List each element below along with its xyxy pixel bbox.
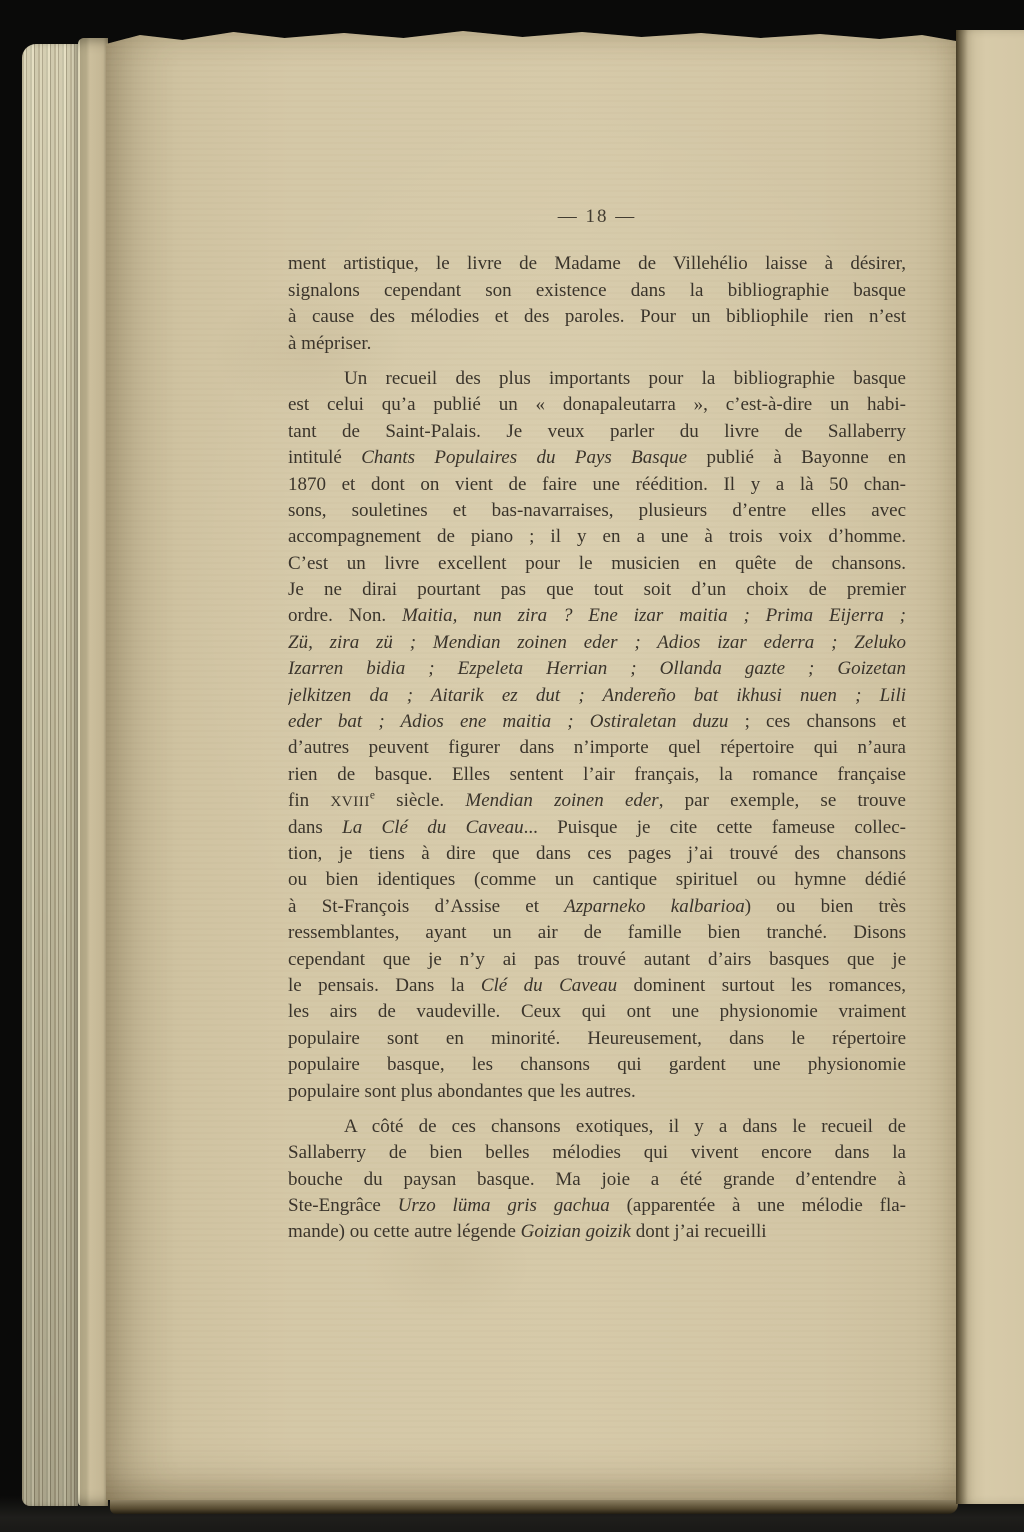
text-line: Zü, zira zü ; Mendian zoinen eder ; Adio… <box>288 630 906 656</box>
text-segment: ordre. Non. <box>288 605 402 626</box>
book-scan: { "scan": { "page_number": "— 18 —", "pa… <box>0 0 1024 1532</box>
text-segment: Sallaberry de bien belles mélodies qui v… <box>288 1142 906 1163</box>
text-segment: ; ces chansons et <box>728 711 906 732</box>
text-line: ressemblantes, ayant un air de famille b… <box>288 920 906 946</box>
text-segment: populaire sont en minorité. Heureusement… <box>288 1028 906 1049</box>
text-segment: tion, je tiens à dire que dans ces pages… <box>288 843 906 864</box>
paragraph: A côté de ces chansons exotiques, il y a… <box>288 1114 906 1246</box>
text-segment: XVIII <box>330 793 370 810</box>
text-line: les airs de vaudeville. Ceux qui ont une… <box>288 999 906 1025</box>
text-segment: dans <box>288 817 342 838</box>
text-line: populaire basque, les chansons qui garde… <box>288 1052 906 1078</box>
text-line: eder bat ; Adios ene maitia ; Ostiraleta… <box>288 709 906 735</box>
text-line: ou bien identiques (comme un cantique sp… <box>288 867 906 893</box>
next-page-edge <box>956 30 1024 1504</box>
text-line: populaire sont en minorité. Heureusement… <box>288 1026 906 1052</box>
text-segment: tant de Saint-Palais. Je veux parler du … <box>288 421 906 442</box>
text-line: tant de Saint-Palais. Je veux parler du … <box>288 419 906 445</box>
book-page: — 18 — ment artistique, le livre de Mada… <box>106 28 956 1500</box>
italic-text: Azparneko kalbarioa <box>564 896 744 917</box>
text-segment: 1870 et dont on vient de faire une réédi… <box>288 474 906 495</box>
text-segment: accompagnement de piano ; il y en a une … <box>288 526 906 547</box>
italic-text: eder bat ; Adios ene maitia ; Ostiraleta… <box>288 711 728 732</box>
text-line: intitulé Chants Populaires du Pays Basqu… <box>288 445 906 471</box>
text-segment: à cause des mélodies et des paroles. Pou… <box>288 306 906 327</box>
text-segment: Je ne dirai pourtant pas que tout soit d… <box>288 579 906 600</box>
text-line: ordre. Non. Maitia, nun zira ? Ene izar … <box>288 603 906 629</box>
text-segment: (apparentée à une mélodie fla- <box>610 1195 906 1216</box>
text-segment: d’autres peuvent figurer dans n’importe … <box>288 737 906 758</box>
text-line: mande) ou cette autre légende Goizian go… <box>288 1219 906 1245</box>
text-segment: populaire basque, les chansons qui garde… <box>288 1054 906 1075</box>
text-segment: , par exemple, se trouve <box>659 790 906 811</box>
text-line: jelkitzen da ; Aitarik ez dut ; Andereño… <box>288 683 906 709</box>
paragraphs-container: ment artistique, le livre de Madame de V… <box>288 251 906 1245</box>
text-line: d’autres peuvent figurer dans n’importe … <box>288 735 906 761</box>
italic-text: Mendian zoinen eder <box>465 790 658 811</box>
text-segment: intitulé <box>288 447 361 468</box>
text-segment: publié à Bayonne en <box>687 447 906 468</box>
text-line: signalons cependant son existence dans l… <box>288 278 906 304</box>
paragraph: Un recueil des plus importants pour la b… <box>288 366 906 1105</box>
text-line: à St-François d’Assise et Azparneko kalb… <box>288 894 906 920</box>
text-segment: les airs de vaudeville. Ceux qui ont une… <box>288 1001 906 1022</box>
page-number: — 18 — <box>288 204 906 230</box>
text-segment: C’est un livre excellent pour le musicie… <box>288 553 906 574</box>
text-line: bouche du paysan basque. Ma joie a été g… <box>288 1167 906 1193</box>
text-line: dans La Clé du Caveau... Puisque je cite… <box>288 815 906 841</box>
text-line: accompagnement de piano ; il y en a une … <box>288 524 906 550</box>
italic-text: Clé du Caveau <box>481 975 617 996</box>
text-segment: ou bien identiques (comme un cantique sp… <box>288 869 906 890</box>
text-line: sons, souletines et bas-navarraises, plu… <box>288 498 906 524</box>
text-segment: ressemblantes, ayant un air de famille b… <box>288 922 906 943</box>
text-segment: populaire sont plus abondantes que les a… <box>288 1081 636 1102</box>
text-line: 1870 et dont on vient de faire une réédi… <box>288 472 906 498</box>
text-line: le pensais. Dans la Clé du Caveau domine… <box>288 973 906 999</box>
text-line: populaire sont plus abondantes que les a… <box>288 1079 906 1105</box>
text-segment: Un recueil des plus importants pour la b… <box>344 368 906 389</box>
text-line: rien de basque. Elles sentent l’air fran… <box>288 762 906 788</box>
text-segment: dont j’ai recueilli <box>631 1221 767 1242</box>
italic-text: Goizian goizik <box>521 1221 631 1242</box>
italic-text: Maitia, nun zira ? Ene izar maitia ; Pri… <box>402 605 906 626</box>
italic-text: Izarren bidia ; Ezpeleta Herrian ; Ollan… <box>288 658 906 679</box>
text-line: est celui qu’a publié un « donapaleutarr… <box>288 392 906 418</box>
italic-text: Chants Populaires du Pays Basque <box>361 447 687 468</box>
italic-text: Urzo lüma gris gachua <box>398 1195 610 1216</box>
text-line: Sallaberry de bien belles mélodies qui v… <box>288 1140 906 1166</box>
text-segment: est celui qu’a publié un « donapaleutarr… <box>288 394 906 415</box>
text-segment: le pensais. Dans la <box>288 975 481 996</box>
text-segment: fin <box>288 790 330 811</box>
text-segment: Ste-Engrâce <box>288 1195 398 1216</box>
text-line: ment artistique, le livre de Madame de V… <box>288 251 906 277</box>
under-page-edge <box>78 38 108 1506</box>
text-segment: à St-François d’Assise et <box>288 896 564 917</box>
text-line: cependant que je n’y ai pas trouvé autan… <box>288 947 906 973</box>
text-segment: A côté de ces chansons exotiques, il y a… <box>344 1116 906 1137</box>
text-segment: sons, souletines et bas-navarraises, plu… <box>288 500 906 521</box>
text-segment: mande) ou cette autre légende <box>288 1221 521 1242</box>
text-line: C’est un livre excellent pour le musicie… <box>288 551 906 577</box>
text-segment: cependant que je n’y ai pas trouvé autan… <box>288 949 906 970</box>
italic-text: jelkitzen da ; Aitarik ez dut ; Andereño… <box>288 685 906 706</box>
text-segment: ment artistique, le livre de Madame de V… <box>288 253 906 274</box>
text-segment: siècle. <box>375 790 465 811</box>
text-line: Ste-Engrâce Urzo lüma gris gachua (appar… <box>288 1193 906 1219</box>
text-line: A côté de ces chansons exotiques, il y a… <box>288 1114 906 1140</box>
text-segment: ) ou bien très <box>745 896 906 917</box>
italic-text: La Clé du Caveau <box>342 817 523 838</box>
text-segment: à mépriser. <box>288 333 371 354</box>
text-line: à mépriser. <box>288 331 906 357</box>
text-segment: signalons cependant son existence dans l… <box>288 280 906 301</box>
book-leaf-stack-edges <box>22 44 78 1506</box>
text-line: Je ne dirai pourtant pas que tout soit d… <box>288 577 906 603</box>
text-line: tion, je tiens à dire que dans ces pages… <box>288 841 906 867</box>
text-segment: rien de basque. Elles sentent l’air fran… <box>288 764 906 785</box>
text-segment: dominent surtout les romances, <box>617 975 906 996</box>
text-line: Izarren bidia ; Ezpeleta Herrian ; Ollan… <box>288 656 906 682</box>
text-line: fin XVIIIe siècle. Mendian zoinen eder, … <box>288 788 906 814</box>
paragraph: ment artistique, le livre de Madame de V… <box>288 251 906 357</box>
text-line: à cause des mélodies et des paroles. Pou… <box>288 304 906 330</box>
text-segment: ... Puisque je cite cette fameuse collec… <box>524 817 906 838</box>
italic-text: Zü, zira zü ; Mendian zoinen eder ; Adio… <box>288 632 906 653</box>
text-segment: bouche du paysan basque. Ma joie a été g… <box>288 1169 906 1190</box>
text-line: Un recueil des plus importants pour la b… <box>288 366 906 392</box>
page-text: — 18 — ment artistique, le livre de Mada… <box>288 204 906 1246</box>
